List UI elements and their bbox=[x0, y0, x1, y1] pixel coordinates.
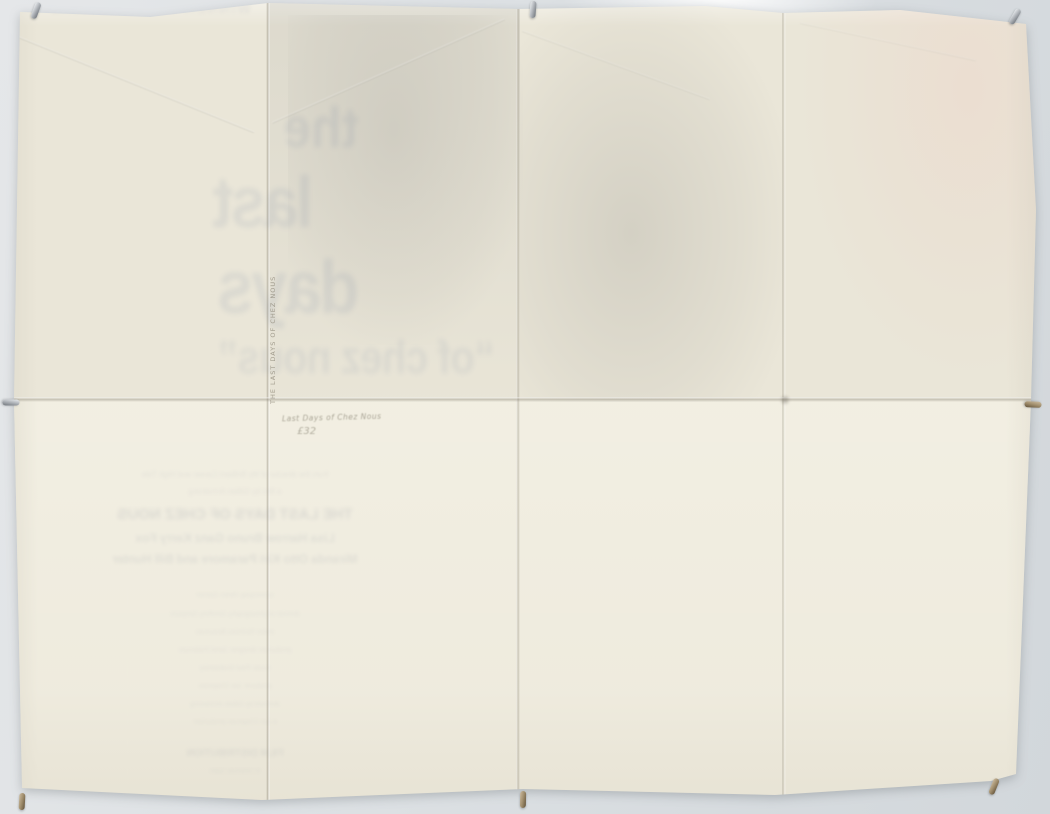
bleed-credit-small: music Paul Grabowsky bbox=[55, 665, 415, 672]
bleed-credit-small: screenplay Helen Garner bbox=[55, 592, 415, 599]
push-pin-left-middle bbox=[3, 400, 20, 406]
push-pin-bottom-left bbox=[19, 793, 26, 810]
bleed-credit-small: editor Nicholas Beauman bbox=[55, 629, 415, 636]
horizontal-fold bbox=[0, 397, 1040, 402]
bleed-credit-small: production designer Janet Patterson bbox=[55, 647, 415, 654]
bleed-title-word-days: days bbox=[220, 250, 360, 325]
vertical-fold-3 bbox=[782, 0, 786, 801]
bleed-credit-small: in cinemas soon bbox=[55, 768, 415, 775]
diagonal-crease-1 bbox=[18, 36, 255, 133]
bleed-credit-small: directed by Gillian Armstrong bbox=[55, 701, 415, 708]
bleed-credit-small: director of photography Geoffrey Simpson bbox=[55, 611, 415, 618]
diagonal-crease-3 bbox=[522, 30, 711, 100]
bleed-title-word-the: the bbox=[283, 100, 358, 157]
bleed-credit-intro-1: from the director of My Brilliant Career… bbox=[55, 470, 415, 479]
pencil-note-price: £32 bbox=[297, 426, 316, 437]
bleed-distributor-logo: FILM DISTRIBUTION bbox=[55, 748, 415, 759]
bleed-title-word-last: last bbox=[215, 167, 314, 239]
pencil-note-vertical: THE LAST DAYS OF CHEZ NOUS bbox=[269, 256, 280, 404]
bleed-credit-small: a Jan Chapman production bbox=[55, 719, 415, 726]
bleed-title-word-chez-nous: “of chez nous” bbox=[219, 334, 495, 380]
fold-intersection-dimple bbox=[779, 395, 791, 405]
photo-scene: WINNER FILM FESTIVAL the last days “of c… bbox=[0, 0, 1050, 814]
bleed-credit-intro-2: a film by Gillian Armstrong bbox=[55, 487, 415, 496]
top-edge-highlight bbox=[0, 0, 1050, 26]
left-edge-shade bbox=[14, 0, 38, 814]
bleed-cast-line-2: Miranda Otto Kiri Paramore and Bill Hunt… bbox=[55, 552, 415, 566]
bleed-cast-line-1: Lisa Harrow Bruno Ganz Kerry Fox bbox=[55, 531, 415, 545]
bleed-festival-banner: WINNER FILM FESTIVAL bbox=[0, 0, 300, 16]
pencil-note-title: Last Days of Chez Nous bbox=[282, 412, 382, 424]
push-pin-top-middle bbox=[529, 1, 536, 18]
panel-3-shadow bbox=[520, 0, 785, 402]
push-pin-bottom-middle bbox=[520, 791, 526, 808]
bleed-credit-small: producer Jan Chapman bbox=[55, 683, 415, 690]
bleed-credit-title: THE LAST DAYS OF CHEZ NOUS bbox=[55, 506, 415, 523]
diagonal-crease-4 bbox=[800, 22, 976, 61]
push-pin-right-middle bbox=[1024, 401, 1041, 408]
panel-4-warm-tint bbox=[785, 0, 1040, 402]
poster-wrap: WINNER FILM FESTIVAL the last days “of c… bbox=[0, 0, 1050, 814]
poster-back: WINNER FILM FESTIVAL the last days “of c… bbox=[0, 0, 1050, 814]
vertical-fold-2 bbox=[516, 0, 520, 801]
